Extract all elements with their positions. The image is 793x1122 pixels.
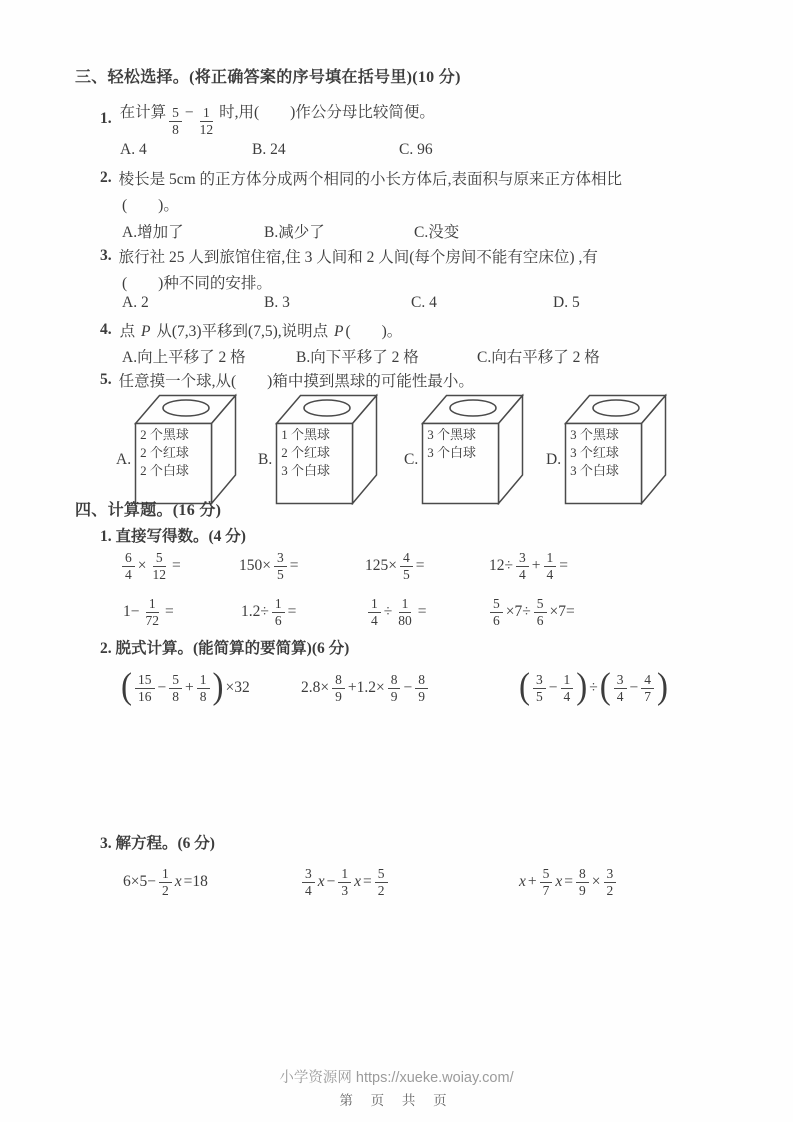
option-a: A.增加了	[122, 220, 184, 242]
box-d-contents: 3 个黑球 3 个红球 3 个白球	[567, 426, 644, 480]
option-c: C. 96	[399, 141, 433, 159]
box-c-diagram: 3 个黑球 3 个白球	[421, 393, 525, 505]
option-b: B. 24	[252, 141, 286, 159]
calc-q3-label: 3. 解方程。(6 分)	[100, 831, 215, 853]
question-3: 3. 旅行社 25 人到旅馆住宿,住 3 人间和 2 人间(每个房间不能有空床位…	[100, 245, 598, 267]
option-a: A. 4	[120, 141, 147, 159]
question-5: 5. 任意摸一个球,从( )箱中摸到黑球的可能性最小。	[100, 368, 474, 392]
expression: 56×7÷56×7=	[488, 589, 576, 635]
question-4-options: A.向上平移了 2 格 B.向下平移了 2 格 C.向右平移了 2 格	[0, 345, 793, 369]
question-2-options: A.增加了 B.减少了 C.没变	[0, 220, 793, 244]
question-2-text-cont: ( )。	[122, 193, 179, 215]
question-2-number: 2.	[100, 169, 112, 187]
option-c: C. 4	[411, 294, 437, 312]
question-3-options: A. 2 B. 3 C. 4 D. 5	[0, 294, 793, 318]
exam-page: 三、轻松选择。(将正确答案的序号填在括号里)(10 分) 1. 在计算58−11…	[0, 0, 793, 1122]
expression: 12÷34+14=	[488, 542, 569, 590]
box-d-diagram: 3 个黑球 3 个红球 3 个白球	[564, 393, 668, 505]
expression: 1.2÷16=	[240, 589, 297, 635]
ball-boxes-row: A. 2 个黑球 2 个红球 2 个白球 B.	[0, 393, 793, 511]
footer-page-info: 第 页 共 页	[0, 1089, 793, 1109]
question-2: 2. 棱长是 5cm 的正方体分成两个相同的小长方体后,表面积与原来正方体相比	[100, 167, 622, 189]
box-b-contents: 1 个黑球 2 个红球 3 个白球	[278, 426, 355, 480]
option-c: C.没变	[414, 220, 459, 242]
question-3-text: 旅行社 25 人到旅馆住宿,住 3 人间和 2 人间(每个房间不能有空床位) ,…	[119, 245, 598, 267]
box-c-contents: 3 个黑球 3 个白球	[424, 426, 501, 462]
question-1-options: A. 4 B. 24 C. 96	[0, 141, 793, 165]
equation: x+57x=89×32	[518, 856, 618, 908]
question-5-text: 任意摸一个球,从( )箱中摸到黑球的可能性最小。	[119, 369, 474, 391]
option-b: B.减少了	[264, 220, 325, 242]
expression: (1516−58+18)×32	[120, 658, 251, 718]
box-a-diagram: 2 个黑球 2 个红球 2 个白球	[134, 393, 238, 505]
question-1: 1. 在计算58−112时,用( )作公分母比较简便。	[100, 96, 436, 142]
equations-row: 6×5−12x=18 34x−13x=52 x+57x=89×32	[0, 856, 793, 908]
footer-site-link: 小学资源网 https://xueke.woiay.com/	[0, 1066, 793, 1087]
question-2-text: 棱长是 5cm 的正方体分成两个相同的小长方体后,表面积与原来正方体相比	[119, 167, 622, 189]
option-a: A.向上平移了 2 格	[122, 345, 246, 367]
option-c: C.向右平移了 2 格	[477, 345, 600, 367]
direct-calc-row-1: 64×512= 150×35= 125×45= 12÷34+14=	[0, 542, 793, 590]
box-b-diagram: 1 个黑球 2 个红球 3 个白球	[275, 393, 379, 505]
calc-q2-label: 2. 脱式计算。(能简算的要简算)(6 分)	[100, 636, 349, 658]
expression: 14÷180=	[366, 589, 428, 635]
box-option-c: C. 3 个黑球 3 个白球	[404, 393, 525, 505]
question-5-number: 5.	[100, 371, 112, 389]
question-4: 4. 点 P 从(7,3)平移到(7,5),说明点 P( )。	[100, 318, 403, 342]
question-4-text: 点 P 从(7,3)平移到(7,5),说明点 P( )。	[119, 319, 404, 341]
section-four-title: 四、计算题。(16 分)	[75, 497, 221, 520]
question-3-number: 3.	[100, 247, 112, 265]
expression: (35−14)÷(34−47)	[518, 658, 669, 718]
expression: 2.8×89+1.2×89−89	[300, 658, 430, 718]
option-b: B. 3	[264, 294, 290, 312]
box-d-label: D.	[546, 451, 561, 505]
direct-calc-row-2: 1−172= 1.2÷16= 14÷180= 56×7÷56×7=	[0, 589, 793, 635]
expression: 1−172=	[122, 589, 175, 635]
box-b-label: B.	[258, 451, 272, 505]
box-c-label: C.	[404, 451, 418, 505]
equation: 34x−13x=52	[300, 856, 390, 908]
box-option-d: D. 3 个黑球 3 个红球 3 个白球	[546, 393, 668, 505]
equation: 6×5−12x=18	[122, 856, 209, 908]
question-1-text: 在计算58−112时,用( )作公分母比较简便。	[119, 100, 436, 137]
expression: 125×45=	[364, 542, 426, 590]
box-option-a: A. 2 个黑球 2 个红球 2 个白球	[116, 393, 238, 505]
box-option-b: B. 1 个黑球 2 个红球 3 个白球	[258, 393, 379, 505]
box-a-contents: 2 个黑球 2 个红球 2 个白球	[137, 426, 214, 480]
section-three-title: 三、轻松选择。(将正确答案的序号填在括号里)(10 分)	[75, 64, 461, 87]
option-d: D. 5	[553, 294, 580, 312]
option-b: B.向下平移了 2 格	[296, 345, 419, 367]
option-a: A. 2	[122, 294, 149, 312]
question-1-number: 1.	[100, 110, 112, 128]
expression: 150×35=	[238, 542, 300, 590]
question-4-number: 4.	[100, 321, 112, 339]
question-3-text-cont: ( )种不同的安排。	[122, 271, 272, 293]
expression: 64×512=	[120, 542, 182, 590]
stepwise-calc-row: (1516−58+18)×32 2.8×89+1.2×89−89 (35−14)…	[0, 658, 793, 718]
